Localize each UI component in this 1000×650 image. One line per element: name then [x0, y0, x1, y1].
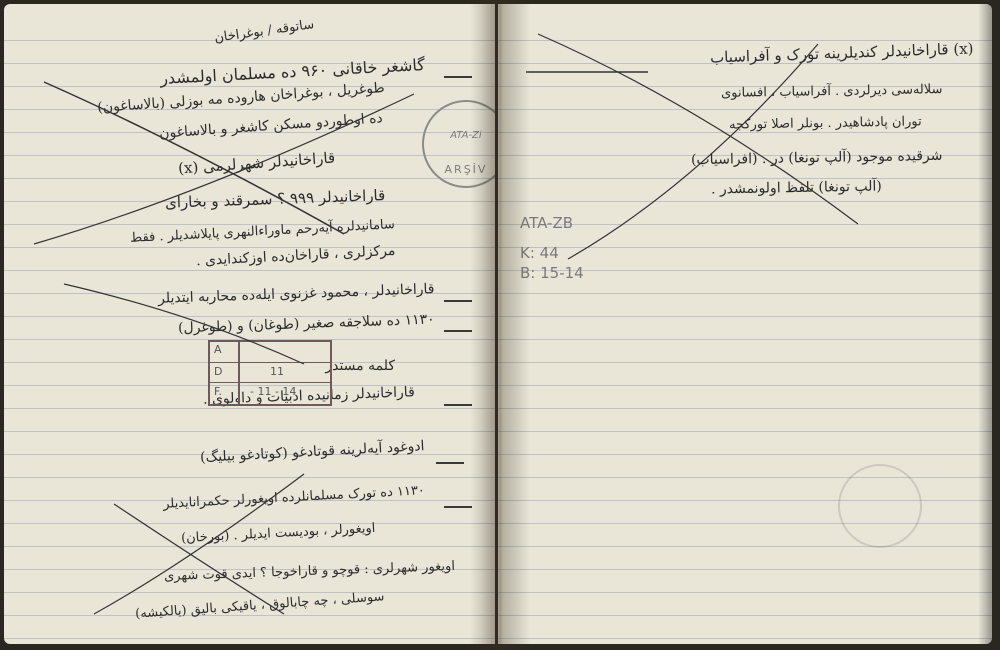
catalog-row-label: D	[214, 365, 222, 378]
bullet-dash	[444, 330, 472, 332]
handwritten-line: سوسلی ، چه چابالوق ، یاقیکی بالیق (یالکی…	[135, 589, 385, 621]
handwritten-line: سلاله‌سی دیرلردی . آفراسیاب ، افسانوی	[720, 82, 942, 101]
handwritten-line: طوغریل ، بوغراخان هاروده مه بوزلی (بالاس…	[97, 80, 385, 116]
catalog-note-line: K: 44	[520, 244, 559, 262]
bullet-dash	[444, 76, 472, 78]
handwritten-line: اویغور شهرلری : قوچو و قاراخوجا ؟ ایدی ق…	[164, 559, 455, 584]
left-page: ساتوقه / بوغراخان گاشغر خاقانی ۹۶۰ ده مس…	[4, 4, 495, 644]
handwritten-line: (آلپ تونغا) تلفظ اولونمشدر .	[711, 179, 882, 198]
catalog-row-label: A	[214, 343, 222, 356]
bullet-dash	[444, 404, 472, 406]
right-page: (x) قاراخانیدلر کنديلرینه تورک و آفراسیا…	[498, 4, 992, 644]
handwritten-line: شرقیده موجود (آلپ تونغا) در . (افراسیاب)	[690, 148, 942, 168]
bullet-dash	[436, 462, 464, 464]
handwritten-line: قاراخانیدلر شهرلرمی (x)	[177, 149, 335, 178]
faint-bleedthrough-stamp	[838, 464, 922, 548]
catalog-row-value: 11	[270, 365, 284, 378]
handwritten-line: توران پادشاهیدر . بونلر اصلا تورکجه	[729, 114, 922, 132]
bullet-dash	[444, 506, 472, 508]
handwritten-line: ۱۱۳۰ ده سلاجقه صغیر (طوغان) و (طوغرل)	[178, 312, 435, 337]
catalog-note-line: ATA-ZB	[520, 214, 573, 232]
handwritten-line: اویغورلر ، بودیست ایدیلر . (بورخان)	[180, 521, 375, 546]
handwritten-line: ادوغود آیه‌لرینه قوتادغو (کوتادغو بیلیگ)	[200, 438, 425, 466]
handwritten-line: ۱۱۳۰ ده تورک مسلمانلرده اویغورلر حکمرانا…	[163, 483, 425, 512]
catalog-note-line: B: 15-14	[520, 264, 584, 282]
catalog-row-label: F.	[214, 385, 222, 398]
bullet-dash	[444, 300, 472, 302]
handwritten-line: قاراخانیدلر ۹۹۹ ؟ سمرقند و بخارای	[164, 186, 385, 212]
handwritten-line: سامانیدلره آیه‌رحم ماوراءالنهری پایلاشدی…	[130, 217, 395, 246]
handwritten-line: قاراخانیدلر ، محمود غزنوی ایله‌ده محاربه…	[158, 281, 435, 307]
catalog-row-value: - 11 - 14	[250, 385, 296, 398]
handwritten-line: (x) قاراخانیدلر کنديلرینه تورک و آفراسیا…	[710, 39, 974, 66]
handwritten-line: ده اوطوردو مسکن کاشغر و بالاساغون	[159, 110, 383, 142]
header-note: ساتوقه / بوغراخان	[213, 17, 315, 46]
handwritten-line: گاشغر خاقانی ۹۶۰ ده مسلمان اولمشدر	[160, 55, 426, 88]
handwritten-line: مرکزلری ، قاراخان‌ده اوزکندایدی .	[195, 243, 395, 269]
catalog-box-stamp: A D 11 F. - 11 - 14	[208, 340, 332, 406]
notebook-spread: ساتوقه / بوغراخان گاشغر خاقانی ۹۶۰ ده مس…	[0, 0, 1000, 650]
handwritten-line: کلمه مستدر	[325, 358, 395, 374]
